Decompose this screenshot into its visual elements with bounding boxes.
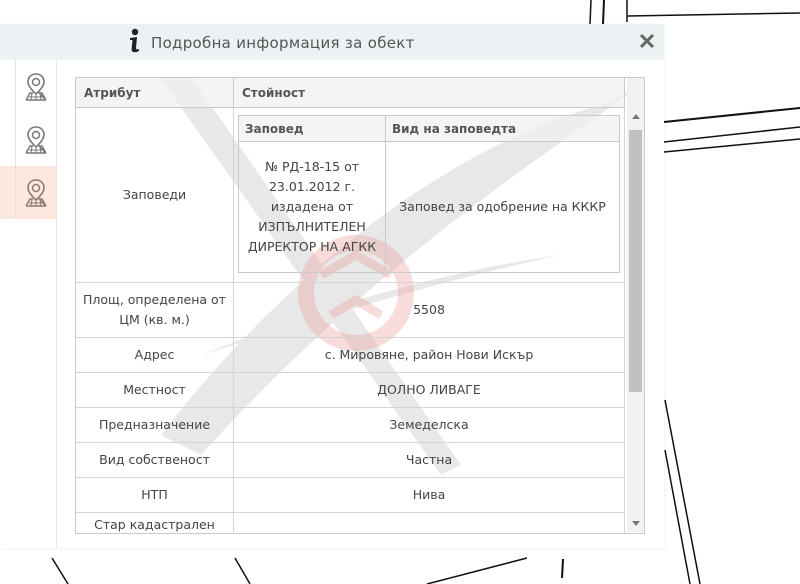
order-number: № РД-18-15 от 23.01.2012 г. издадена от … <box>239 142 386 273</box>
attribute-name: Стар кадастрален номер <box>76 513 234 535</box>
info-icon <box>126 28 144 54</box>
attributes-table: Атрибут Стойност Заповеди Заповед <box>76 78 625 534</box>
attribute-value: Нива <box>234 478 625 513</box>
attributes-table-container: Атрибут Стойност Заповеди Заповед <box>75 77 645 534</box>
table-row: Вид собственост Частна <box>76 443 625 478</box>
map-pin-icon <box>23 72 49 102</box>
scroll-up-arrow-icon[interactable] <box>627 108 644 125</box>
table-scrollbar[interactable] <box>627 108 644 532</box>
scrollbar-header-filler <box>627 78 644 108</box>
attribute-name: Вид собственост <box>76 443 234 478</box>
column-header-order-type: Вид на заповедта <box>386 116 620 142</box>
object-list-sidebar <box>0 60 57 548</box>
attribute-name: Предназначение <box>76 408 234 443</box>
attribute-value: Земеделска <box>234 408 625 443</box>
table-row: НТП Нива <box>76 478 625 513</box>
attribute-name: Площ, определена от ЦМ (кв. м.) <box>76 283 234 338</box>
table-row: Адрес с. Мировяне, район Нови Искър <box>76 338 625 373</box>
attribute-value: 5508 <box>234 283 625 338</box>
order-type: Заповед за одобрение на КККР <box>386 142 620 273</box>
column-header-order: Заповед <box>239 116 386 142</box>
divider <box>15 166 16 219</box>
orders-nested-table: Заповед Вид на заповедта № РД-18-15 от 2… <box>238 115 620 273</box>
table-row: № РД-18-15 от 23.01.2012 г. издадена от … <box>239 142 620 273</box>
attribute-value: ДОЛНО ЛИВАГЕ <box>234 373 625 408</box>
sidebar-item-object-1[interactable] <box>0 60 56 113</box>
table-row: Заповеди Заповед Вид на заповедта <box>76 108 625 283</box>
sidebar-item-object-3[interactable] <box>0 166 56 219</box>
attribute-value: с. Мировяне, район Нови Искър <box>234 338 625 373</box>
dialog-title: Подробна информация за обект <box>151 34 415 52</box>
table-row: Местност ДОЛНО ЛИВАГЕ <box>76 373 625 408</box>
attribute-value: Частна <box>234 443 625 478</box>
scroll-down-arrow-icon[interactable] <box>627 515 644 532</box>
close-icon[interactable] <box>636 30 658 52</box>
sidebar-item-object-2[interactable] <box>0 113 56 166</box>
map-pin-icon <box>23 125 49 155</box>
table-row: Стар кадастрален номер 148014 <box>76 513 625 535</box>
attribute-name: Заповеди <box>76 108 234 283</box>
dialog-header: Подробна информация за обект <box>0 24 664 60</box>
scrollbar-thumb[interactable] <box>629 130 642 392</box>
column-header-value: Стойност <box>234 78 625 108</box>
divider <box>15 60 16 113</box>
attribute-value: 148014 <box>234 513 625 535</box>
column-header-attribute: Атрибут <box>76 78 234 108</box>
table-row: Площ, определена от ЦМ (кв. м.) 5508 <box>76 283 625 338</box>
map-pin-icon <box>23 178 49 208</box>
divider <box>15 113 16 166</box>
attribute-name: Местност <box>76 373 234 408</box>
attribute-name: НТП <box>76 478 234 513</box>
table-row: Предназначение Земеделска <box>76 408 625 443</box>
object-info-dialog: Подробна информация за обект <box>0 24 664 548</box>
attribute-value: Заповед Вид на заповедта № РД-18-15 от 2… <box>234 108 625 283</box>
attribute-name: Адрес <box>76 338 234 373</box>
